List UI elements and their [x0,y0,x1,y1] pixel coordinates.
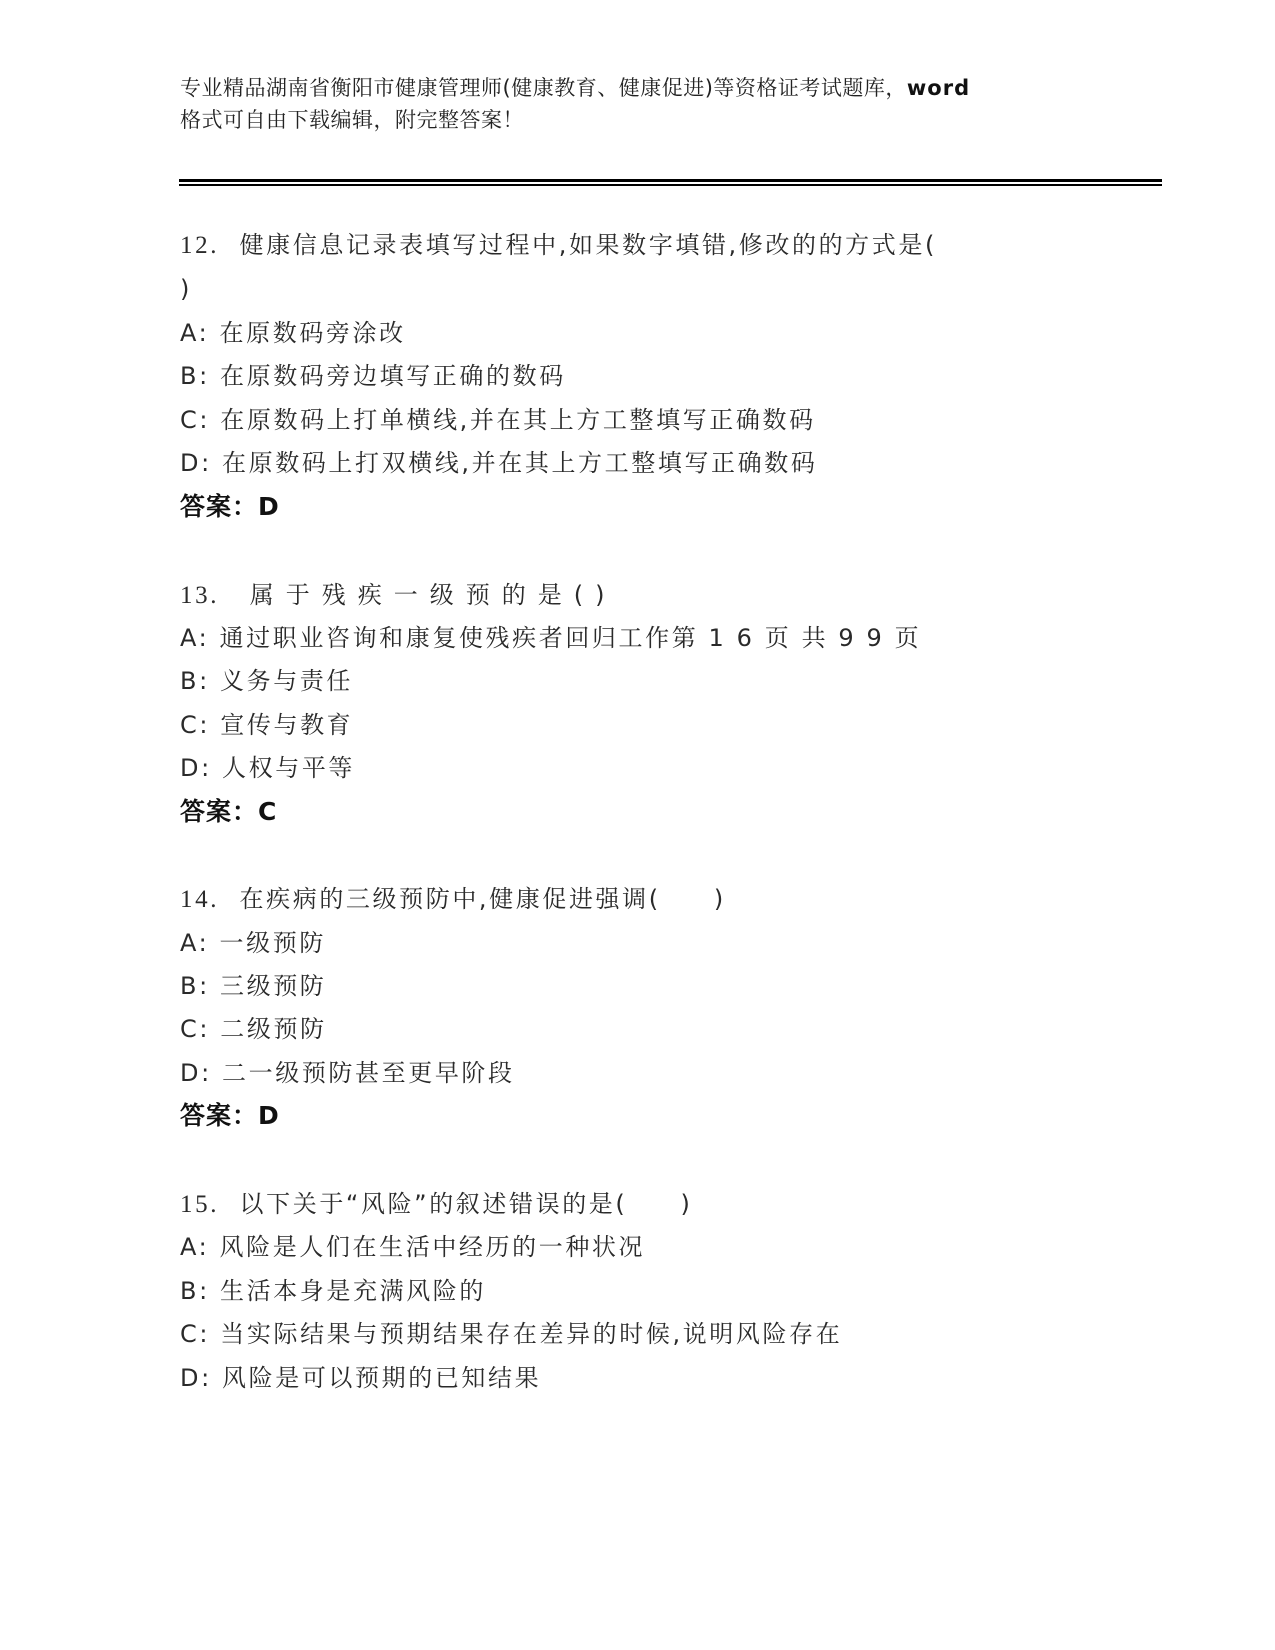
question-number: 14. [180,886,219,913]
option-label: D: [180,754,212,782]
option-text: 义务与责任 [220,667,353,695]
question-15-option-b: B: 生活本身是充满风险的 [180,1276,486,1306]
option-label: B: [180,362,210,390]
option-label: B: [180,1277,210,1305]
option-text: 在原数码上打双横线,并在其上方工整填写正确数码 [222,449,817,477]
option-label: A: [180,1233,209,1261]
option-label: A: [180,319,209,347]
question-number: 13. [180,582,219,609]
question-13-stem: 13. 属于残疾一级预的是() [180,580,616,611]
option-text: 生活本身是充满风险的 [220,1277,486,1305]
option-label: D: [180,449,212,477]
option-label: D: [180,1059,212,1087]
option-text: 三级预防 [220,972,326,1000]
option-label: C: [180,711,210,739]
option-label: D: [180,1364,212,1392]
option-text: 人权与平等 [222,754,355,782]
option-text: 在原数码旁涂改 [220,319,406,347]
option-text: 风险是人们在生活中经历的一种状况 [220,1233,646,1261]
question-number: 15. [180,1191,219,1218]
question-12-option-d: D: 在原数码上打双横线,并在其上方工整填写正确数码 [180,448,817,478]
question-12-stem-cont: ) [180,274,192,304]
question-15-option-c: C: 当实际结果与预期结果存在差异的时候,说明风险存在 [180,1319,842,1349]
option-text: 一级预防 [220,929,326,957]
question-14-option-b: B: 三级预防 [180,971,326,1001]
option-text: 二级预防 [220,1015,326,1043]
question-text: 健康信息记录表填写过程中,如果数字填错,修改的的方式是( [240,231,937,259]
header-title-text: 专业精品湖南省衡阳市健康管理师(健康教育、健康促进)等资格证考试题库， [180,76,907,100]
header-line-1: 专业精品湖南省衡阳市健康管理师(健康教育、健康促进)等资格证考试题库，word [180,72,1080,104]
question-14-answer: 答案：D [180,1101,280,1131]
option-label: B: [180,667,210,695]
option-text: 在原数码旁边填写正确的数码 [220,362,566,390]
option-text: 二一级预防甚至更早阶段 [222,1059,515,1087]
option-label: B: [180,972,210,1000]
header-word-format: word [907,76,970,100]
option-label: A: [180,624,209,652]
question-12-option-b: B: 在原数码旁边填写正确的数码 [180,361,566,391]
question-number: 12. [180,232,219,259]
option-label: C: [180,1320,210,1348]
question-15-option-a: A: 风险是人们在生活中经历的一种状况 [180,1232,645,1262]
header-divider-thick [179,179,1162,182]
option-label: C: [180,406,210,434]
question-14-option-a: A: 一级预防 [180,928,326,958]
question-text: 属于残疾一级预的是() [250,581,617,609]
page-header: 专业精品湖南省衡阳市健康管理师(健康教育、健康促进)等资格证考试题库，word … [180,72,1080,136]
question-13-option-a: A: 通过职业咨询和康复使残疾者回归工作第 1 6 页 共 9 9 页 [180,623,921,653]
question-15-stem: 15. 以下关于“风险”的叙述错误的是( ) [180,1189,693,1220]
question-13-answer: 答案：C [180,797,277,827]
question-13-option-d: D: 人权与平等 [180,753,355,783]
question-14-option-c: C: 二级预防 [180,1014,327,1044]
question-14-option-d: D: 二一级预防甚至更早阶段 [180,1058,515,1088]
option-label: A: [180,929,209,957]
header-divider-thin [179,184,1162,186]
question-12-option-a: A: 在原数码旁涂改 [180,318,406,348]
question-14-stem: 14. 在疾病的三级预防中,健康促进强调( ) [180,884,726,915]
question-15-option-d: D: 风险是可以预期的已知结果 [180,1363,541,1393]
document-page: 专业精品湖南省衡阳市健康管理师(健康教育、健康促进)等资格证考试题库，word … [0,0,1275,1650]
option-text: 宣传与教育 [220,711,353,739]
question-12-stem: 12. 健康信息记录表填写过程中,如果数字填错,修改的的方式是( [180,230,937,261]
option-text: 当实际结果与预期结果存在差异的时候,说明风险存在 [220,1320,842,1348]
question-13-option-b: B: 义务与责任 [180,666,353,696]
option-text: 在原数码上打单横线,并在其上方工整填写正确数码 [220,406,815,434]
option-text: 通过职业咨询和康复使残疾者回归工作第 1 6 页 共 9 9 页 [220,624,922,652]
option-label: C: [180,1015,210,1043]
question-13-option-c: C: 宣传与教育 [180,710,353,740]
option-text: 风险是可以预期的已知结果 [222,1364,541,1392]
header-line-2: 格式可自由下载编辑，附完整答案！ [180,104,1080,136]
question-text: 以下关于“风险”的叙述错误的是( ) [240,1190,693,1218]
question-12-answer: 答案：D [180,492,280,522]
question-text: 在疾病的三级预防中,健康促进强调( ) [240,885,726,913]
question-12-option-c: C: 在原数码上打单横线,并在其上方工整填写正确数码 [180,405,816,435]
